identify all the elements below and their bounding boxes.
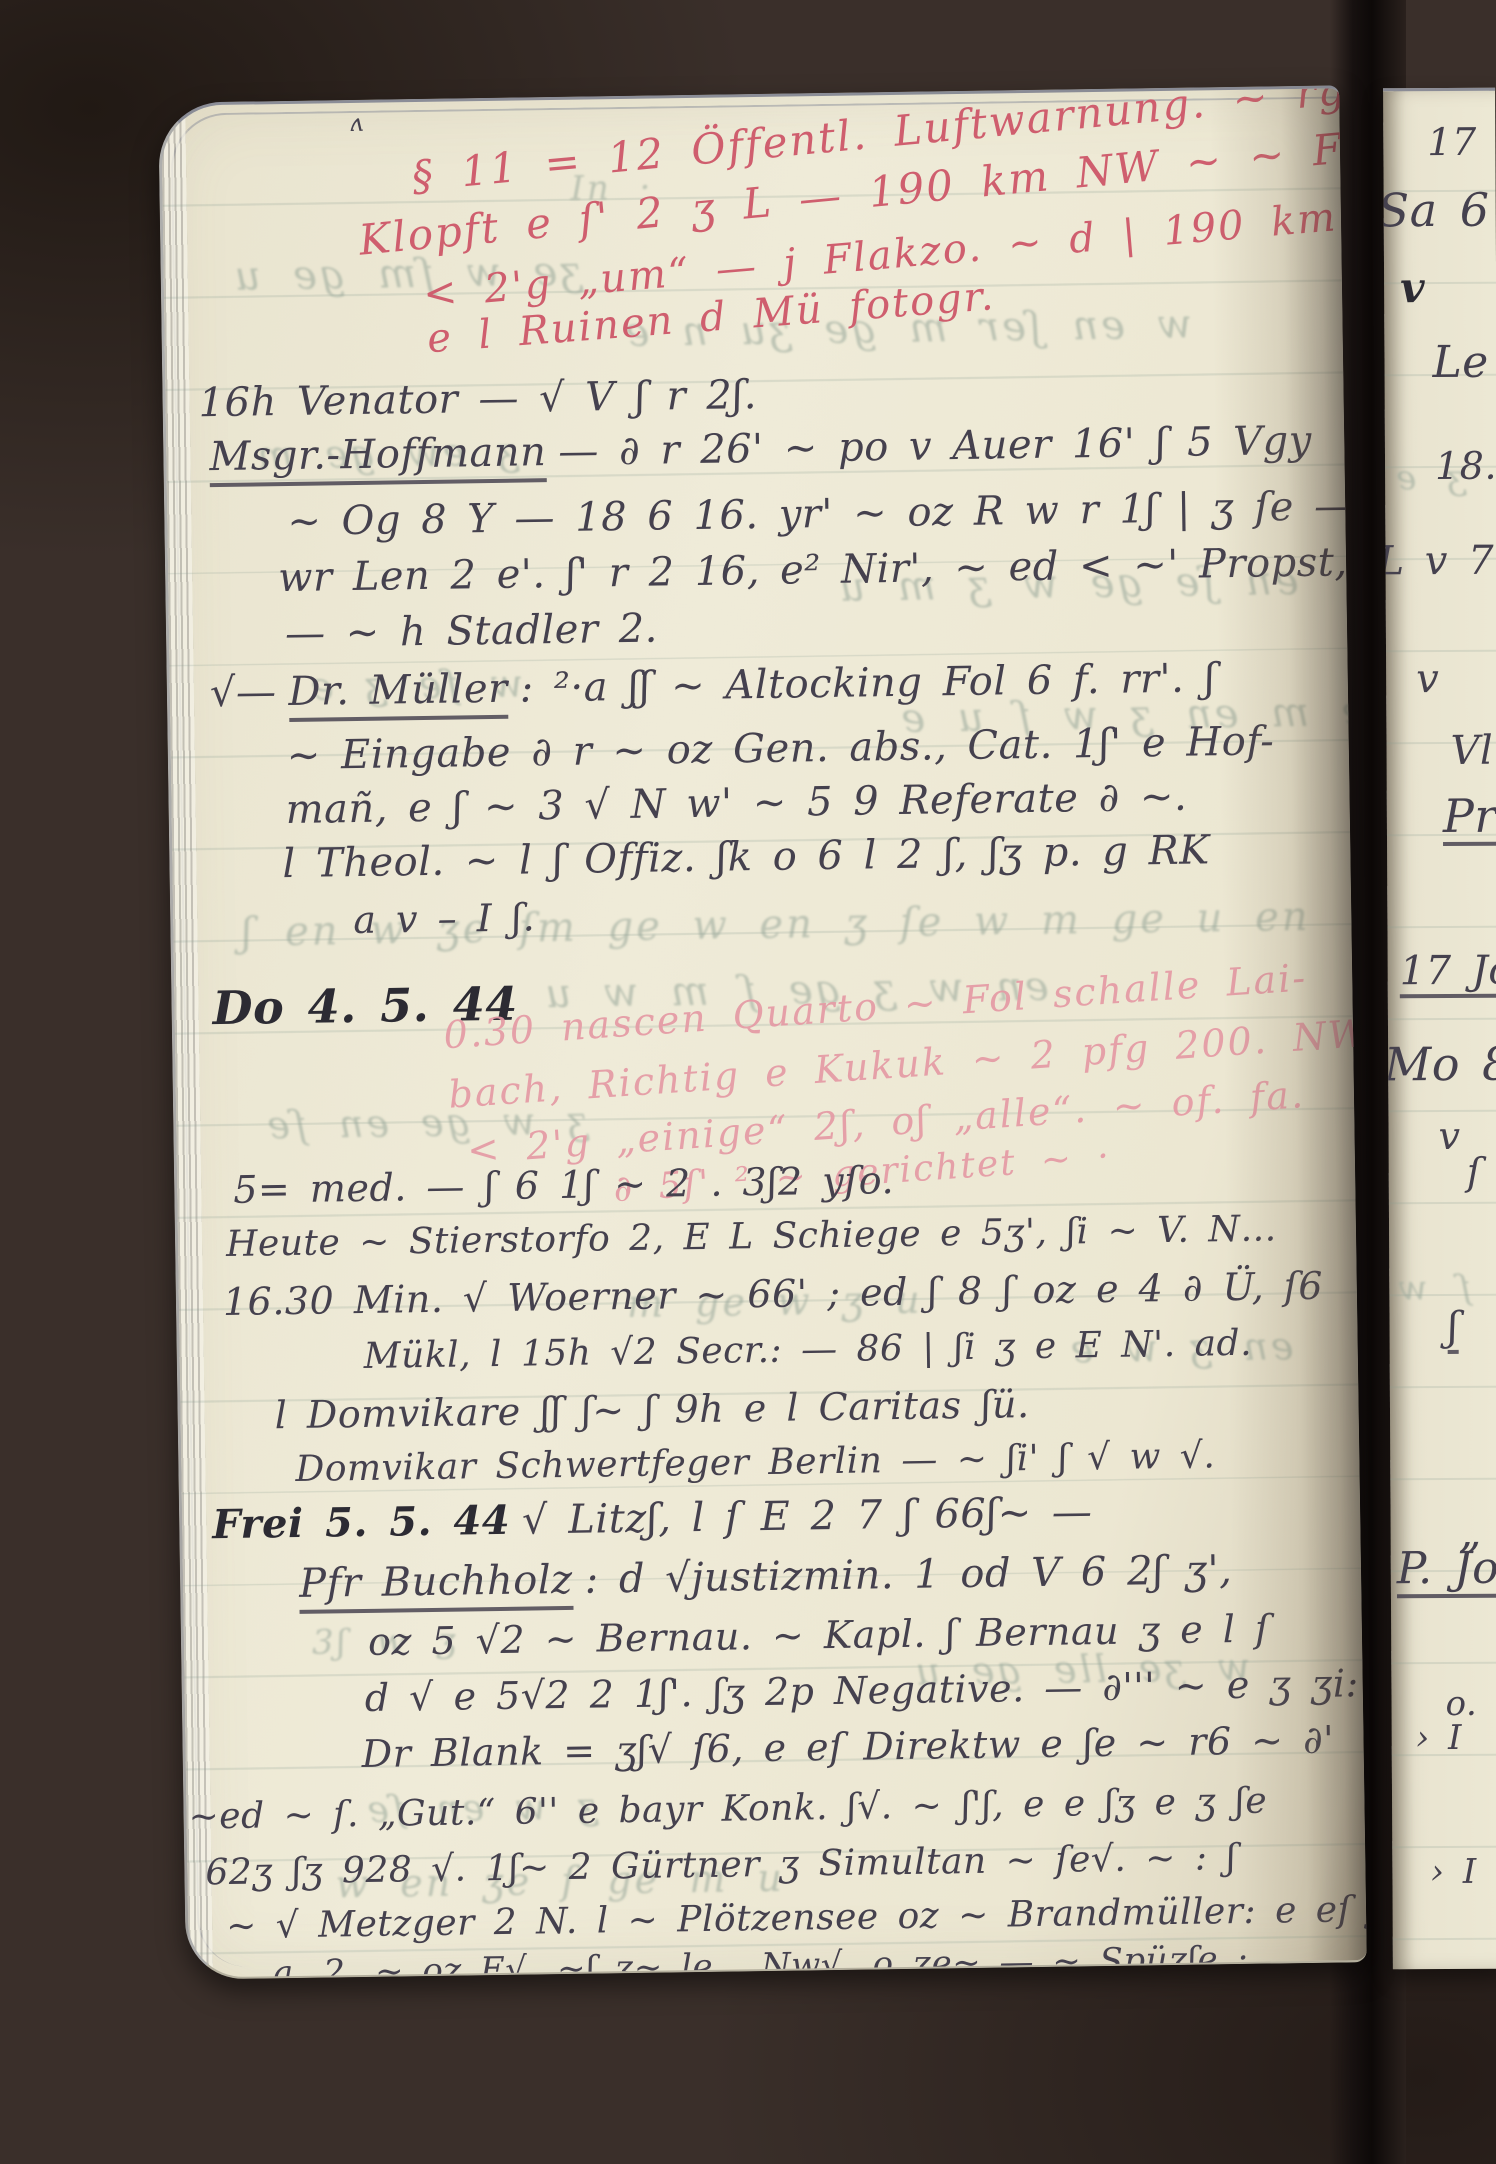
left-page-content: In · ʒe w ſm ge u w en ʃer m ge ʒu n e ʒ…: [189, 90, 1367, 1977]
corner-pen-mark: ʌ: [349, 111, 363, 135]
diary-line: a. 2. ~ oz E√. ~ʃ ʒ~ le . Nw√. o ʒe~ — ~…: [273, 1941, 1279, 1979]
page-fragment-line: P. Jo: [1397, 1547, 1496, 1599]
diary-line: 16.30 Min. √ Woerner ~ 66' ; ed ʃ 8 ʃ oz…: [223, 1267, 1324, 1321]
diary-line: 62ʒ ʃʒ 928 √. 1ʃ~ 2 Gürtner ʒ Simultan ~…: [205, 1840, 1237, 1891]
diary-line: a v – I ʃ.: [353, 898, 535, 939]
page-fragment-line: Sa 6: [1383, 187, 1490, 234]
diary-line: Frei 5. 5. 44√ Litzʃ, l ſ E 2 7 ʃ 66ʃ~ —: [212, 1492, 1093, 1545]
diary-line: ~ Og 8 Y — 18 6 16. yr' ~ oz R w r 1ʃ | …: [287, 486, 1355, 542]
date-heading: Frei 5. 5. 44: [212, 1497, 511, 1548]
page-fragment-line: Mo 8: [1384, 1041, 1496, 1088]
diary-line: l Theol. ~ l ʃ Offiz. ʃk o 6 l 2 ʃ, ʃʒ p…: [282, 830, 1210, 884]
underlined-name: Pfr Buchholz: [299, 1557, 573, 1614]
page-fragment-line: Vl: [1450, 731, 1493, 771]
page-fragment-line: › I: [1430, 1855, 1477, 1889]
diary-line: Dr Blank = ʒʃ√ ſ6, e eſ Direktw e ʃe ~ r…: [361, 1721, 1334, 1773]
page-fragment-line: v: [1400, 267, 1425, 309]
diary-line: ~ed ~ ſ. „Gut.“ 6'' e bayr Konk. ʃ√. ~ ʃ…: [188, 1784, 1267, 1836]
diary-line: 16h Venator — √ V ʃ r 2ʃ.: [198, 375, 757, 423]
diary-left-page: In · ʒe w ſm ge u w en ʃer m ge ʒu n e ʒ…: [158, 85, 1367, 1979]
page-fragment-line: 17: [1427, 123, 1477, 161]
underlined-name: Dr. Müller: [288, 666, 508, 722]
page-fragment-line: 18.: [1435, 447, 1496, 485]
bleedthrough-text: e ſ w: [1395, 1271, 1496, 1306]
page-fragment-line: L v 7 .: [1383, 541, 1496, 582]
page-fragment-line: v: [1438, 1117, 1460, 1155]
diary-line: — ~ h Stadler 2.: [285, 609, 658, 655]
page-fragment-line: o.: [1445, 1687, 1477, 1721]
page-fragment-line: ʃ: [1447, 1307, 1459, 1354]
page-fragment-line: › I: [1416, 1721, 1463, 1755]
diary-line: 5= med. — ʃ 6 1ʃ ~ 2 . 3ʃ2 yſo.: [233, 1161, 894, 1209]
diary-line: Heute ~ Stierstorfo 2, E L Schiege e 5ʒ'…: [226, 1211, 1277, 1263]
page-fragment-line: Le: [1432, 341, 1488, 385]
diary-line: d √ e 5√2 2 1ʃ'. ʃʒ 2p Negative. — ∂''' …: [365, 1664, 1359, 1717]
page-fragment-line: 17 Jo: [1400, 951, 1496, 999]
diary-line: mañ, e ʃ ~ 3 √ N w' ~ 5 9 Referate ∂ ~.: [285, 777, 1187, 830]
page-fragment-line: ſ: [1467, 1153, 1482, 1191]
diary-line: l Domvikare ʃʃ ʃ~ ʃ 9h e l Caritas ʃü.: [274, 1385, 1029, 1434]
diary-line: ~ Eingabe ∂ r ~ oz Gen. abs., Cat. 1ʃ' e…: [287, 721, 1275, 776]
underlined-name: Msgr.-Hoffmann: [209, 429, 547, 487]
page-fragment-line: v: [1416, 659, 1439, 699]
diary-line: Msgr.-Hoffmann— ∂ r 26' ~ po v Auer 16' …: [209, 421, 1312, 477]
page-fragment-line: Pr: [1443, 793, 1496, 846]
right-page-content: w ʒ e e ſ w 17 Sa 6 v Le 18. L v 7 . v V…: [1383, 91, 1496, 1970]
diary-line: Pfr Buchholz: d √justizmin. 1 od V 6 2ʃ …: [299, 1550, 1233, 1604]
diary-right-page-edge: w ʒ e e ſ w 17 Sa 6 v Le 18. L v 7 . v V…: [1383, 88, 1496, 1970]
diary-line: Domvikar Schwertfeger Berlin — ~ ʃi' ʃ √…: [295, 1438, 1215, 1488]
